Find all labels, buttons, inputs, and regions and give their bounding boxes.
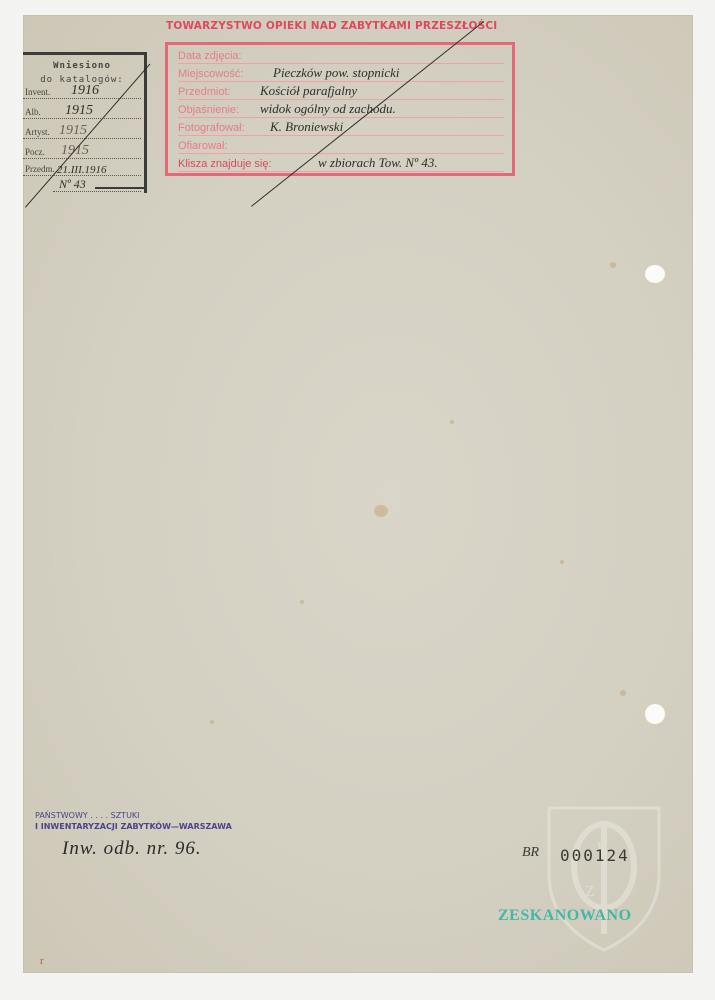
catalog-row: Artyst. 1915	[23, 122, 141, 139]
library-watermark-icon: n z	[545, 804, 663, 954]
scanned-stamp: ZESKANOWANO	[498, 907, 632, 925]
catalog-title: Wniesiono	[23, 61, 141, 71]
stain	[620, 690, 626, 696]
form-row: Miejscowość: Pieczków pow. stopnicki	[178, 63, 504, 82]
stain	[210, 720, 214, 724]
form-row: Klisza znajduje się: w zbiorach Tow. Nº …	[178, 153, 504, 172]
stain	[560, 560, 564, 564]
institution-stamp-line1: PAŃSTWOWY . . . . SZTUKI	[35, 811, 140, 820]
catalog-box-bottom-rule	[95, 187, 145, 189]
catalog-row: Przedm. 21.III.1916	[23, 159, 141, 176]
stain	[300, 600, 304, 604]
catalog-row: Nº 43	[53, 175, 141, 192]
form-row: Data zdjęcia:	[178, 45, 504, 64]
corner-mark: r	[40, 955, 44, 967]
archive-number: 000124	[560, 846, 630, 865]
institution-stamp-line2: I INWENTARYZACJI ZABYTKÓW—WARSZAWA	[35, 822, 232, 831]
inventory-note: Inw. odb. nr. 96.	[62, 838, 202, 860]
punch-hole-top	[645, 265, 665, 283]
form-row: Przedmiot: Kościół parafjalny	[178, 81, 504, 100]
stain	[450, 420, 454, 424]
form-row: Ofiarował:	[178, 135, 504, 154]
archive-prefix: BR	[522, 845, 539, 861]
punch-hole-bottom	[645, 704, 665, 724]
catalog-row: Invent. 1916	[23, 82, 141, 99]
society-stamp-title: TOWARZYSTWO OPIEKI NAD ZABYTKAMI PRZESZŁ…	[166, 20, 516, 32]
form-row: Objaśnienie: widok ogólny od zachodu.	[178, 99, 504, 118]
catalog-box: Wniesiono do katalogów: Invent. 1916 Alb…	[23, 52, 147, 193]
svg-text:z: z	[585, 876, 595, 901]
catalog-row: Pocz. 1915	[23, 142, 141, 159]
stain	[374, 505, 388, 517]
catalog-row: Alb. 1915	[23, 102, 141, 119]
stain	[610, 262, 616, 268]
society-stamp-form: Data zdjęcia: Miejscowość: Pieczków pow.…	[165, 42, 515, 176]
